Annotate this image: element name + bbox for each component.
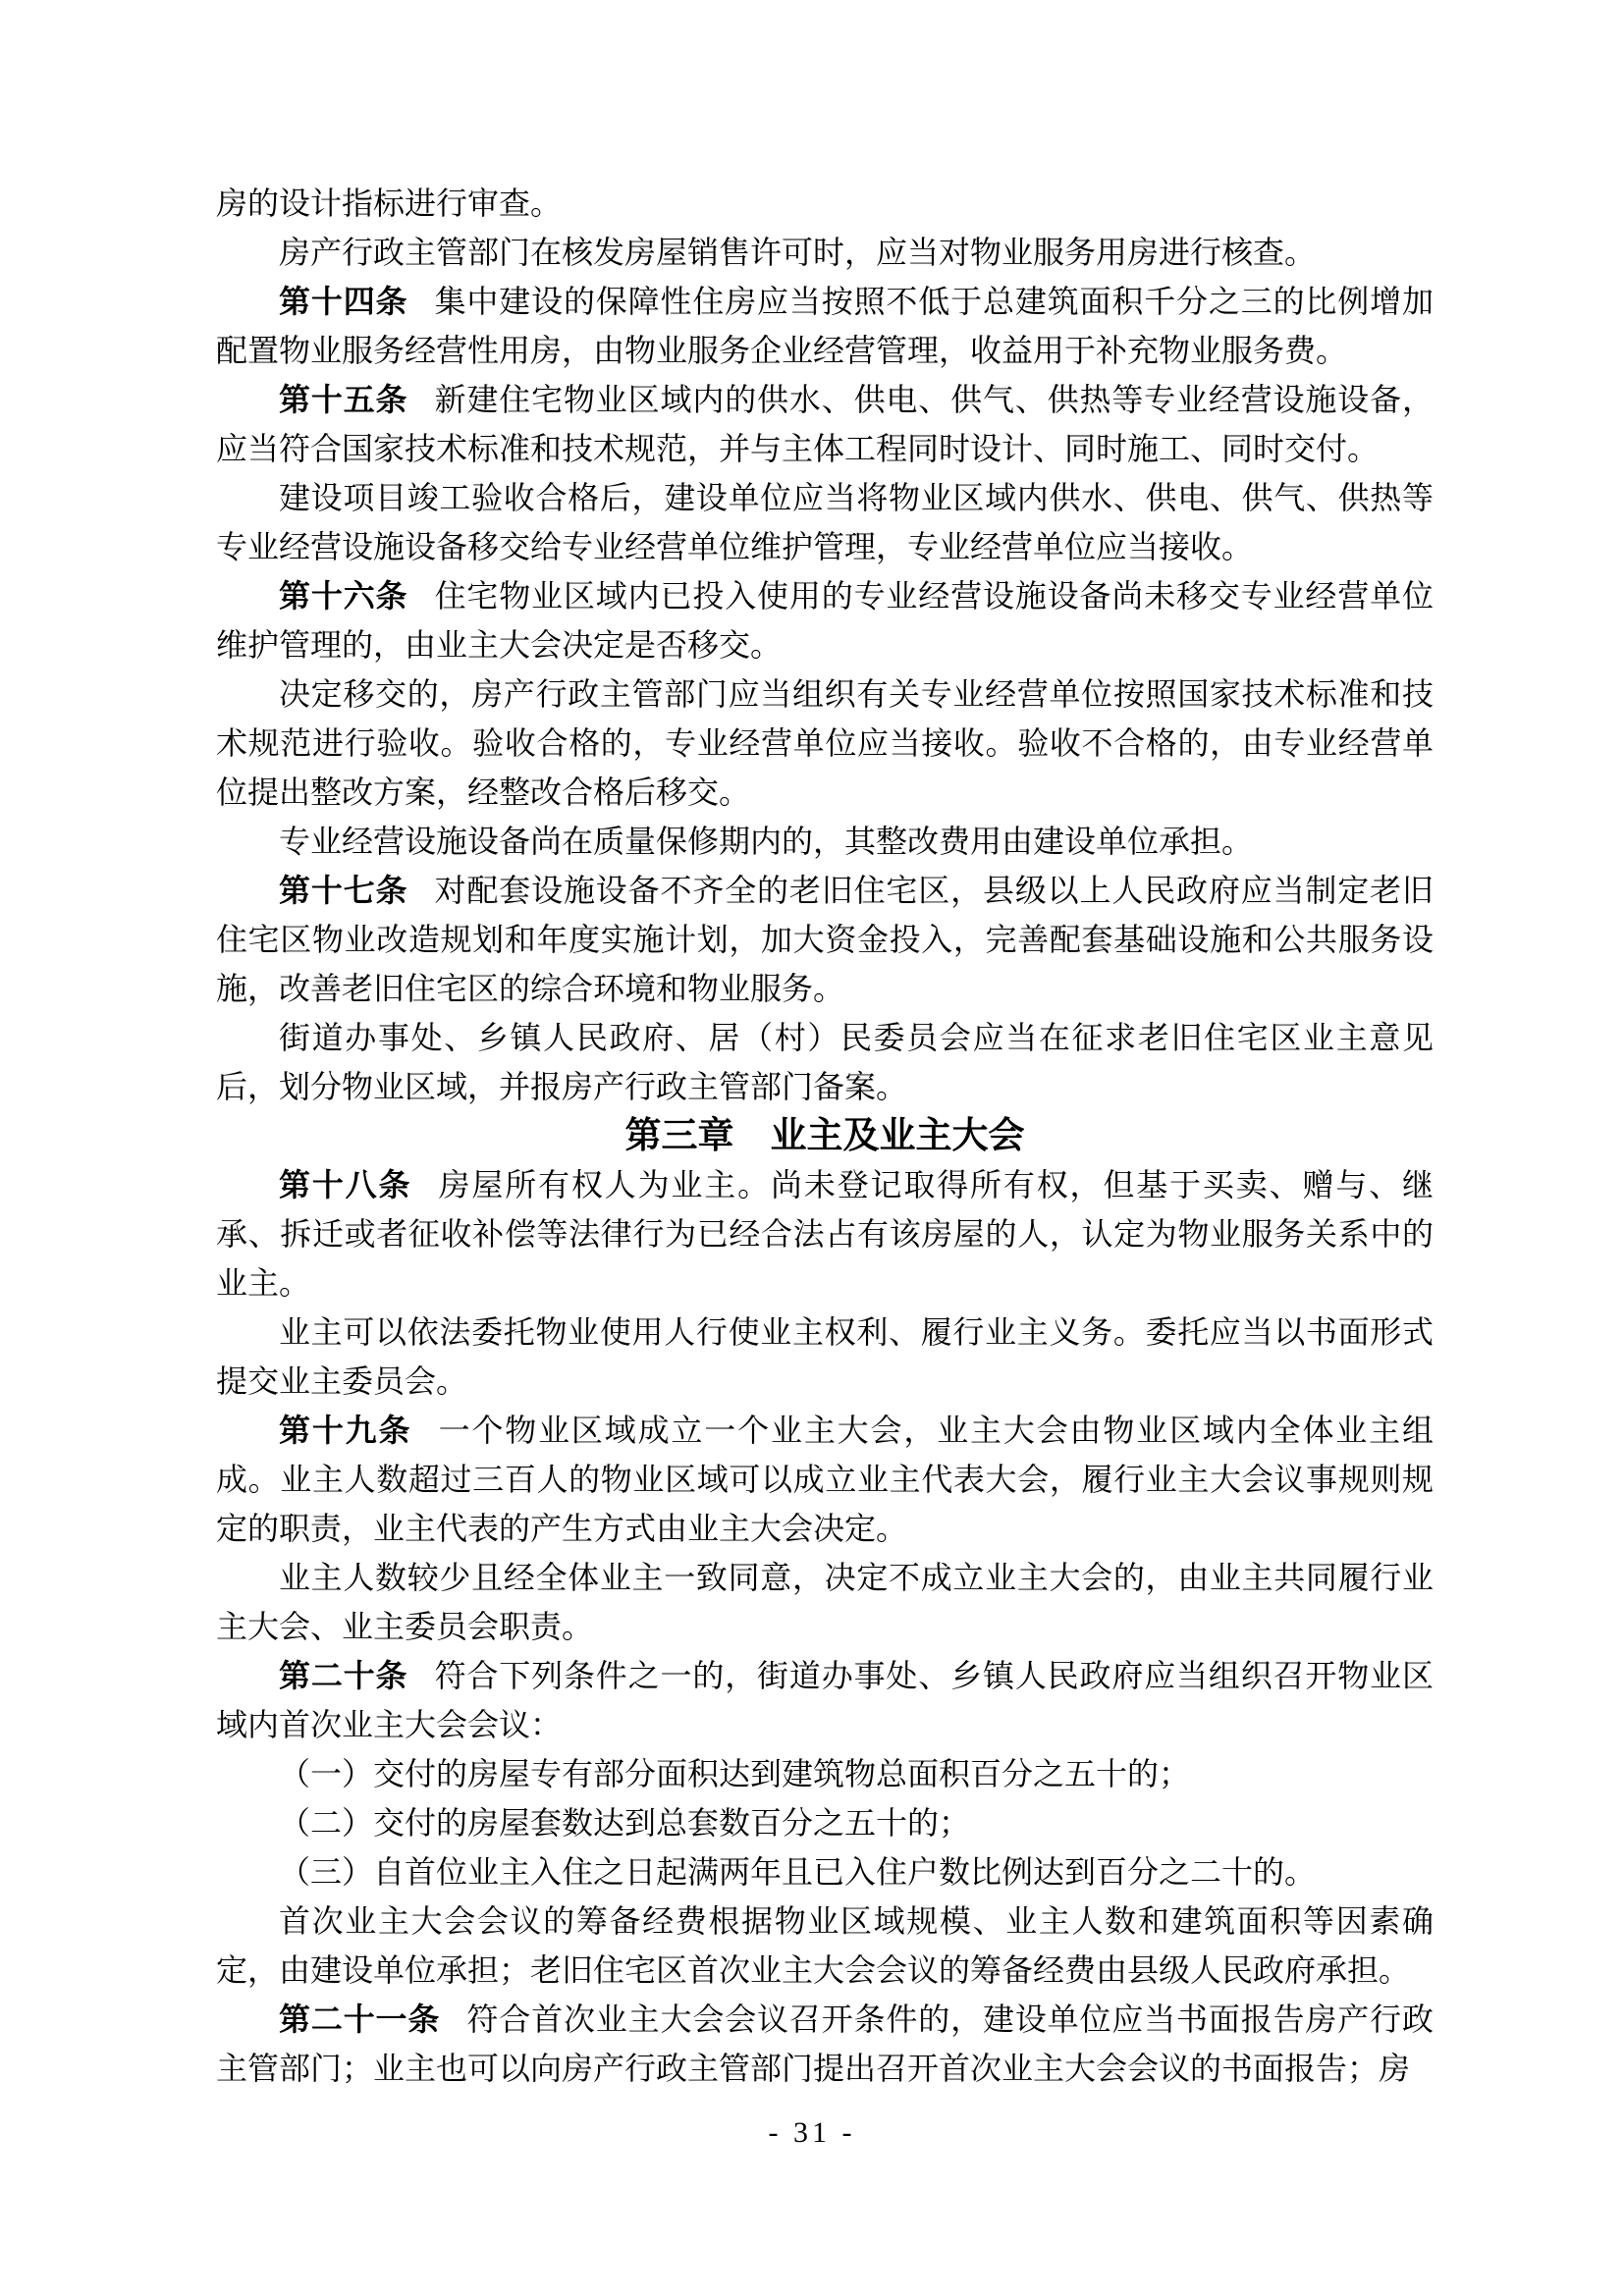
article-number: 第十六条 bbox=[279, 578, 407, 614]
article-paragraph: 第二十条符合下列条件之一的，街道办事处、乡镇人民政府应当组织召开物业区域内首次业… bbox=[216, 1651, 1434, 1749]
paragraph: 建设项目竣工验收合格后，建设单位应当将物业区域内供水、供电、供气、供热等专业经营… bbox=[216, 473, 1434, 571]
page-number: - 31 - bbox=[0, 2116, 1624, 2150]
list-item: （三）自首位业主入住之日起满两年且已入住户数比例达到百分之二十的。 bbox=[216, 1847, 1434, 1896]
article-number: 第十五条 bbox=[279, 382, 407, 417]
paragraph: 首次业主大会会议的筹备经费根据物业区域规模、业主人数和建筑面积等因素确定，由建设… bbox=[216, 1896, 1434, 1995]
paragraph: 专业经营设施设备尚在质量保修期内的，其整改费用由建设单位承担。 bbox=[216, 817, 1434, 866]
paragraph-continuation: 房的设计指标进行审查。 bbox=[216, 179, 1434, 228]
document-page: 房的设计指标进行审查。 房产行政主管部门在核发房屋销售许可时，应当对物业服务用房… bbox=[0, 0, 1624, 2296]
list-item: （二）交付的房屋套数达到总套数百分之五十的； bbox=[216, 1798, 1434, 1847]
paragraph: 房产行政主管部门在核发房屋销售许可时，应当对物业服务用房进行核查。 bbox=[216, 228, 1434, 277]
list-item: （一）交付的房屋专有部分面积达到建筑物总面积百分之五十的； bbox=[216, 1749, 1434, 1798]
article-paragraph: 第十七条对配套设施设备不齐全的老旧住宅区，县级以上人民政府应当制定老旧住宅区物业… bbox=[216, 866, 1434, 1013]
paragraph: 决定移交的，房产行政主管部门应当组织有关专业经营单位按照国家技术标准和技术规范进… bbox=[216, 669, 1434, 817]
article-paragraph: 第十五条新建住宅物业区域内的供水、供电、供气、供热等专业经营设施设备，应当符合国… bbox=[216, 375, 1434, 473]
article-paragraph: 第十六条住宅物业区域内已投入使用的专业经营设施设备尚未移交专业经营单位维护管理的… bbox=[216, 571, 1434, 669]
article-number: 第十八条 bbox=[279, 1167, 411, 1202]
chapter-title: 业主及业主大会 bbox=[771, 1115, 1025, 1155]
article-paragraph: 第十八条房屋所有权人为业主。尚未登记取得所有权，但基于买卖、赠与、继承、拆迁或者… bbox=[216, 1160, 1434, 1308]
paragraph: 业主人数较少且经全体业主一致同意，决定不成立业主大会的，由业主共同履行业主大会、… bbox=[216, 1553, 1434, 1651]
chapter-heading: 第三章业主及业主大会 bbox=[216, 1111, 1434, 1160]
article-number: 第二十一条 bbox=[279, 2002, 440, 2037]
paragraph: 业主可以依法委托物业使用人行使业主权利、履行业主义务。委托应当以书面形式提交业主… bbox=[216, 1308, 1434, 1406]
article-paragraph: 第十四条集中建设的保障性住房应当按照不低于总建筑面积千分之三的比例增加配置物业服… bbox=[216, 277, 1434, 375]
paragraph: 街道办事处、乡镇人民政府、居（村）民委员会应当在征求老旧住宅区业主意见后，划分物… bbox=[216, 1013, 1434, 1111]
document-body: 房的设计指标进行审查。 房产行政主管部门在核发房屋销售许可时，应当对物业服务用房… bbox=[216, 179, 1434, 2093]
article-paragraph: 第二十一条符合首次业主大会会议召开条件的，建设单位应当书面报告房产行政主管部门；… bbox=[216, 1995, 1434, 2093]
article-number: 第十四条 bbox=[279, 284, 407, 319]
article-number: 第二十条 bbox=[279, 1658, 407, 1693]
article-paragraph: 第十九条一个物业区域成立一个业主大会，业主大会由物业区域内全体业主组成。业主人数… bbox=[216, 1406, 1434, 1553]
article-number: 第十九条 bbox=[279, 1413, 411, 1448]
chapter-number: 第三章 bbox=[625, 1115, 734, 1155]
article-number: 第十七条 bbox=[279, 873, 407, 908]
